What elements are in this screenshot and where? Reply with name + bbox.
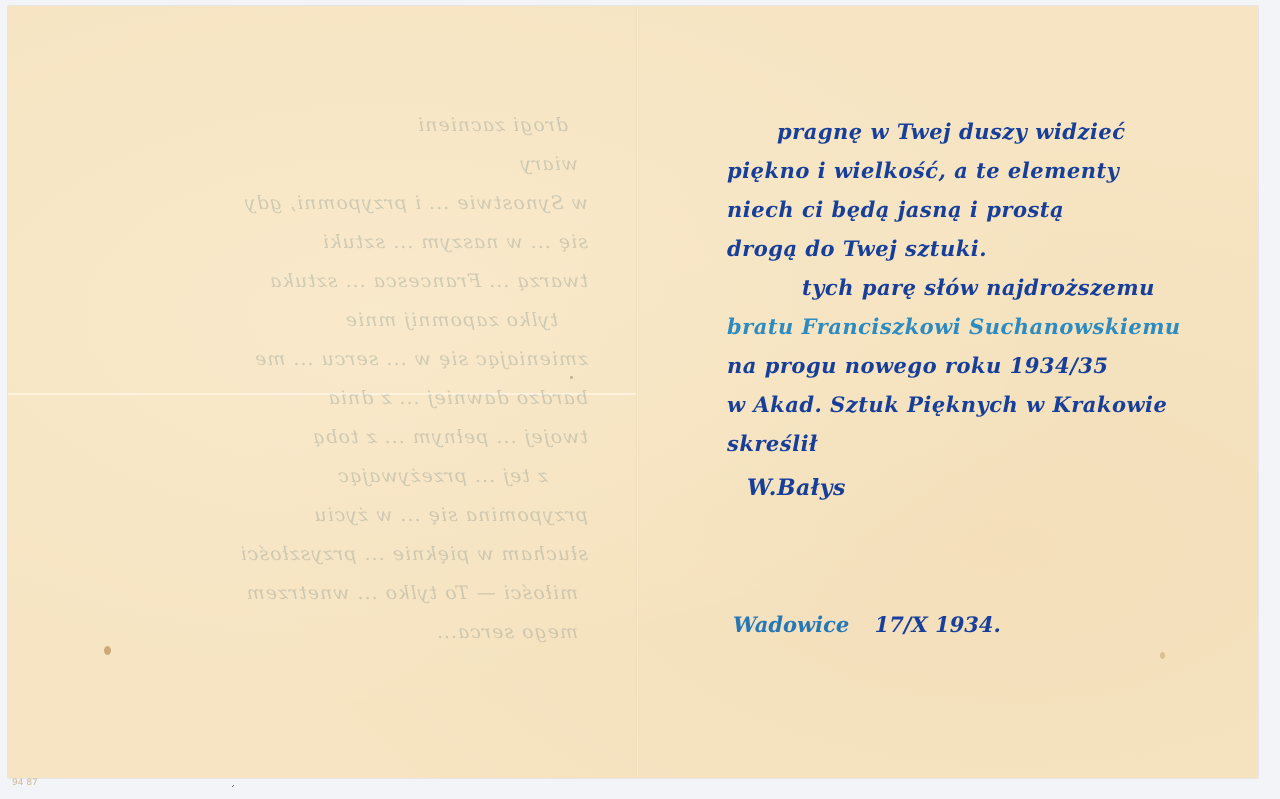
bleed-line: tylko zapomnij mnie (28, 301, 588, 340)
bleed-line: miłości — To tylko ... wnetrzem (28, 574, 588, 613)
bleed-line: słucham w pięknie ... przyszłości (28, 535, 588, 574)
edge-mark: 94 87 (12, 778, 38, 788)
paper-stain (1160, 652, 1165, 659)
letter-body: pragnę w Twej duszy widzieć piękno i wie… (727, 112, 1207, 508)
letter-line: niech ci będą jasną i prostą (727, 190, 1207, 229)
bleed-line: w Synostwie ... i przypomni, gdy (28, 184, 588, 223)
letter-line: tych parę słów najdroższemu (727, 268, 1207, 307)
date: 17/X 1934. (875, 612, 1001, 637)
edge-dot: ´ (230, 785, 235, 796)
letter-line: bratu Franciszkowi Suchanowskiemu (727, 307, 1207, 346)
place-date-line: Wadowice 17/X 1934. (733, 612, 1001, 637)
letter-line: piękno i wielkość, a te elementy (727, 151, 1207, 190)
bleed-line: twarzą ... Francesca ... sztuka (28, 262, 588, 301)
center-fold (636, 6, 639, 778)
bleed-line: twojej ... pełnym ... z tobą (28, 418, 588, 457)
place: Wadowice (733, 612, 849, 637)
bleed-line: drogi zacnieni (28, 106, 588, 145)
signature: W.Bałys (727, 469, 1207, 508)
letter-line: na progu nowego roku 1934/35 (727, 346, 1207, 385)
letter-line: pragnę w Twej duszy widzieć (727, 112, 1207, 151)
bleed-line: z tej ... przeżywając (28, 457, 588, 496)
bleed-line: bardzo dawniej ... z dnia (28, 379, 588, 418)
letter-line: w Akad. Sztuk Pięknych w Krakowie (727, 385, 1207, 424)
letter-line: drogą do Twej sztuki. (727, 229, 1207, 268)
bleed-line: mego serca... (28, 613, 588, 652)
left-page-bleed-through: drogi zacnieni wiary w Synostwie ... i p… (28, 106, 588, 652)
bleed-line: się ... w naszym ... sztuki (28, 223, 588, 262)
bleed-line: zmieniając się w ... sercu ... me (28, 340, 588, 379)
bleed-line: przypomina się ... w życiu (28, 496, 588, 535)
letter-line: skreślił (727, 424, 1207, 463)
bleed-line: wiary (28, 145, 588, 184)
